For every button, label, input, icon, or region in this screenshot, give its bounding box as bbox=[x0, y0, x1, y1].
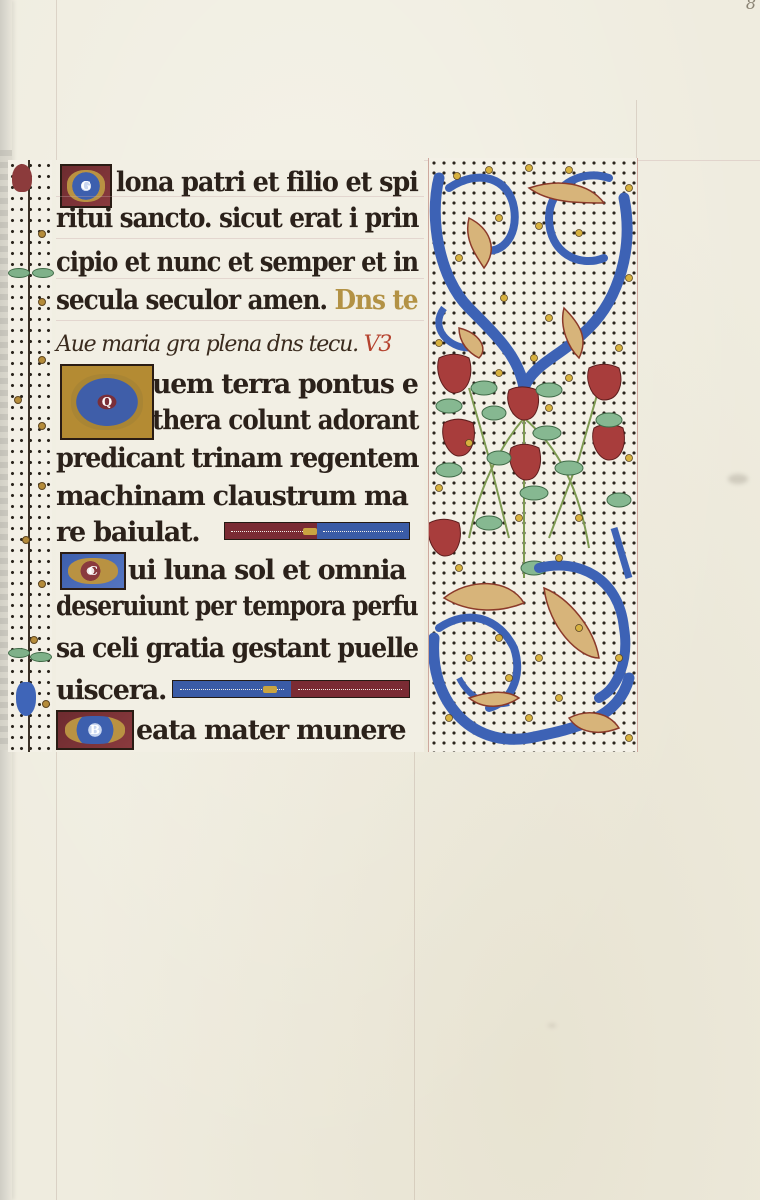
illuminated-initial-b: B bbox=[56, 710, 134, 750]
text-line: ui luna sol et omnia bbox=[128, 552, 406, 590]
ruling-line bbox=[56, 196, 424, 197]
leaf-icon bbox=[30, 652, 52, 662]
text-line: uem terra pontus e bbox=[152, 366, 418, 404]
line-text: eata mater munere bbox=[136, 715, 405, 746]
gold-dot-icon bbox=[38, 482, 46, 490]
line-text: secula seculor amen. bbox=[56, 285, 327, 316]
filler-blue-segment bbox=[317, 523, 409, 539]
line-filler-ornament bbox=[224, 522, 410, 540]
gold-leaf-icon bbox=[263, 686, 277, 693]
ruling-line bbox=[414, 740, 415, 1200]
text-line: predicant trinam regentem bbox=[56, 440, 418, 478]
parchment-stain bbox=[548, 1024, 556, 1027]
line-text: machinam claustrum ma bbox=[56, 481, 408, 512]
rubric-line: Aue maria gra plena dns tecu. V3 bbox=[56, 326, 391, 364]
line-text: uiscera. bbox=[56, 675, 166, 706]
ruling-line bbox=[56, 238, 424, 239]
line-text: cipio et nunc et semper et in bbox=[56, 247, 418, 278]
illuminated-initial-c: C bbox=[60, 552, 126, 590]
gold-dot-icon bbox=[42, 700, 50, 708]
text-column: G lona patri et filio et spi ritui sanct… bbox=[56, 160, 424, 752]
response-text: Dns te bbox=[335, 285, 418, 316]
text-line: secula seculor amen. Dns te bbox=[56, 282, 418, 320]
leaf-icon bbox=[8, 268, 30, 278]
left-margin-border bbox=[8, 160, 52, 752]
text-line: thera colunt adorant bbox=[152, 402, 418, 440]
right-margin-border bbox=[428, 158, 638, 752]
folio-number: 8 bbox=[746, 0, 756, 13]
text-line: deseruiunt per tempora perfu bbox=[56, 588, 418, 626]
text-line: ritui sancto. sicut erat i prin bbox=[56, 200, 418, 238]
initial-letter: Q bbox=[71, 374, 143, 430]
line-text: thera colunt adorant bbox=[152, 405, 418, 436]
line-text: sa celi gratia gestant puelle bbox=[56, 633, 418, 664]
gold-dot-icon bbox=[38, 298, 46, 306]
vine-stem bbox=[28, 160, 30, 752]
gold-dot-icon bbox=[38, 356, 46, 364]
gold-dot-icon bbox=[22, 536, 30, 544]
line-text: re baiulat. bbox=[56, 517, 200, 548]
ruling-line bbox=[56, 320, 424, 321]
gold-dot-icon bbox=[14, 396, 22, 404]
ruling-line bbox=[636, 100, 637, 160]
text-line: machinam claustrum ma bbox=[56, 478, 408, 516]
ruling-line bbox=[56, 278, 424, 279]
gold-leaf-icon bbox=[303, 528, 317, 535]
line-text: ritui sancto. sicut erat i prin bbox=[56, 203, 418, 234]
line-text: Aue maria gra plena dns tecu. bbox=[56, 332, 358, 357]
manuscript-page: 8 G lona patri et filio et spi ritui san… bbox=[0, 0, 760, 1200]
leaf-icon bbox=[8, 648, 30, 658]
line-filler-ornament bbox=[172, 680, 410, 698]
text-line: sa celi gratia gestant puelle bbox=[56, 630, 418, 668]
gold-dot-icon bbox=[38, 580, 46, 588]
text-line: uiscera. bbox=[56, 672, 166, 710]
illuminated-initial-q: Q bbox=[60, 364, 154, 440]
line-text: ui luna sol et omnia bbox=[128, 555, 406, 586]
filler-red-segment bbox=[291, 681, 409, 697]
gold-dot-icon bbox=[38, 230, 46, 238]
parchment-stain bbox=[728, 474, 748, 484]
gold-dot-icon bbox=[30, 636, 38, 644]
versicle-mark: V3 bbox=[364, 332, 392, 357]
initial-letter: B bbox=[65, 716, 124, 744]
text-line: re baiulat. bbox=[56, 514, 200, 552]
line-text: uem terra pontus e bbox=[152, 369, 418, 400]
line-text: deseruiunt per tempora perfu bbox=[56, 591, 418, 622]
blue-flower-icon bbox=[16, 682, 36, 716]
red-flower-icon bbox=[12, 164, 32, 192]
acanthus-foliage-icon bbox=[429, 158, 637, 752]
gold-dot-icon bbox=[38, 422, 46, 430]
line-text: lona patri et filio et spi bbox=[116, 167, 418, 198]
text-line: eata mater munere bbox=[136, 712, 405, 750]
leaf-icon bbox=[32, 268, 54, 278]
text-line: cipio et nunc et semper et in bbox=[56, 244, 418, 282]
initial-letter: C bbox=[68, 558, 118, 585]
line-text: predicant trinam regentem bbox=[56, 443, 418, 474]
